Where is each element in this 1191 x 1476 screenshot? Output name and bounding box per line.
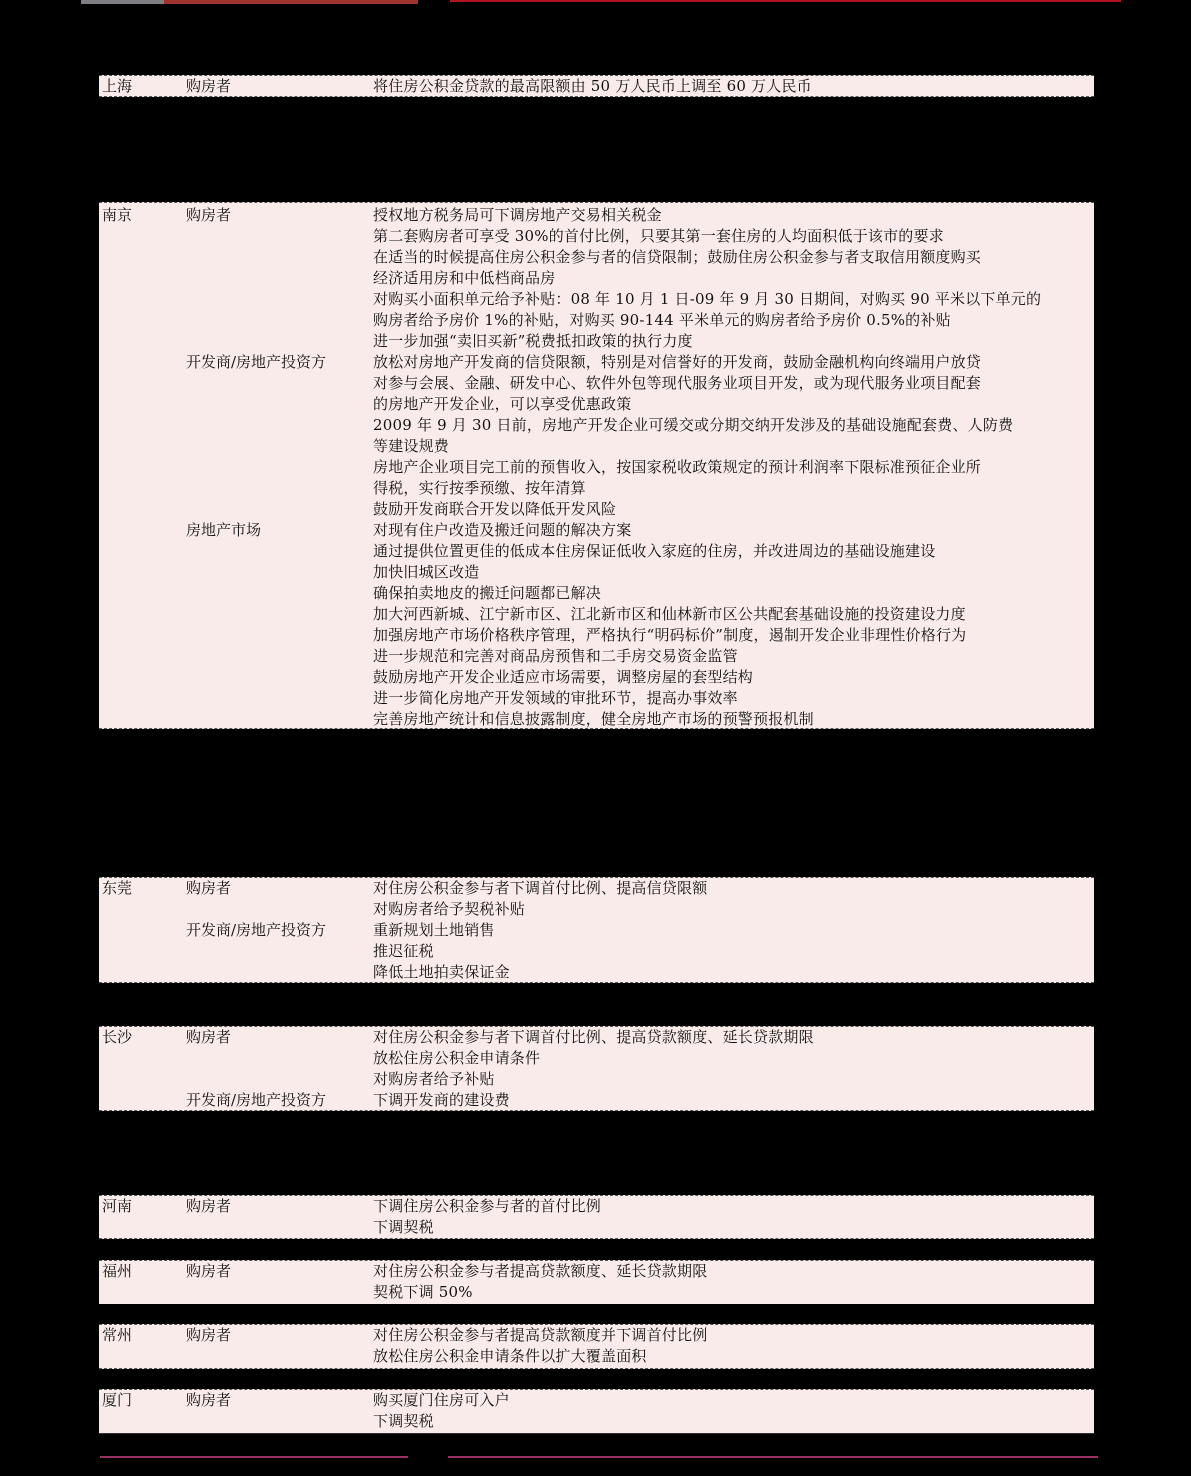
header-gray-bar [81, 0, 164, 4]
measure-text: 得税，实行按季预缴、按年清算 [373, 478, 586, 499]
party-label: 购房者 [186, 205, 231, 226]
city-label: 上海 [102, 76, 132, 97]
table-row: 对购房者给予补贴 [99, 1069, 1094, 1090]
party-label: 购房者 [186, 1196, 231, 1217]
measure-text: 2009 年 9 月 30 日前，房地产开发企业可缓交或分期交纳开发涉及的基础设… [373, 415, 1013, 436]
table-row: 购房者给予房价 1%的补贴，对购买 90-144 平米单元的购房者给予房价 0.… [99, 310, 1094, 331]
table-row: 2009 年 9 月 30 日前，房地产开发企业可缓交或分期交纳开发涉及的基础设… [99, 415, 1094, 436]
measure-text: 下调住房公积金参与者的首付比例 [373, 1196, 601, 1217]
city-label: 常州 [102, 1325, 132, 1346]
table-row: 开发商/房地产投资方 放松对房地产开发商的信贷限额，特别是对信誉好的开发商，鼓励… [99, 352, 1094, 373]
table-row: 推迟征税 [99, 941, 1094, 962]
measure-text: 鼓励房地产开发企业适应市场需要，调整房屋的套型结构 [373, 667, 753, 688]
party-label: 购房者 [186, 1325, 231, 1346]
measure-text: 推迟征税 [373, 941, 434, 962]
party-label: 开发商/房地产投资方 [186, 920, 326, 941]
measure-text: 对购房者给予补贴 [373, 1069, 495, 1090]
measure-text: 对购买小面积单元给予补贴：08 年 10 月 1 日-09 年 9 月 30 日… [373, 289, 1041, 310]
table-row: 开发商/房地产投资方 下调开发商的建设费 [99, 1090, 1094, 1111]
party-label: 房地产市场 [186, 520, 261, 541]
measure-text: 放松住房公积金申请条件 [373, 1048, 540, 1069]
measure-text: 对住房公积金参与者下调首付比例、提高信贷限额 [373, 878, 707, 899]
measure-text: 对住房公积金参与者提高贷款额度并下调首付比例 [373, 1325, 707, 1346]
measure-text: 下调契税 [373, 1217, 434, 1238]
measure-text: 在适当的时候提高住房公积金参与者的信贷限制；鼓励住房公积金参与者支取信用额度购买 [373, 247, 981, 268]
table-row: 放松住房公积金申请条件以扩大覆盖面积 [99, 1346, 1094, 1367]
party-label: 购房者 [186, 1261, 231, 1282]
city-label: 东莞 [102, 878, 132, 899]
measure-text: 降低土地拍卖保证金 [373, 962, 510, 983]
party-label: 开发商/房地产投资方 [186, 1090, 326, 1111]
table-row: 第二套购房者可享受 30%的首付比例，只要其第一套住房的人均面积低于该市的要求 [99, 226, 1094, 247]
table-row: 上海 购房者 将住房公积金贷款的最高限额由 50 万人民币上调至 60 万人民币 [99, 76, 1094, 97]
table-row: 等建设规费 [99, 436, 1094, 457]
city-label: 福州 [102, 1261, 132, 1282]
measure-text: 加快旧城区改造 [373, 562, 479, 583]
table-row: 确保拍卖地皮的搬迁问题都已解决 [99, 583, 1094, 604]
table-row: 东莞 购房者 对住房公积金参与者下调首付比例、提高信贷限额 [99, 878, 1094, 899]
table-row: 加快旧城区改造 [99, 562, 1094, 583]
measure-text: 对现有住户改造及搬迁问题的解决方案 [373, 520, 631, 541]
table-row: 常州 购房者 对住房公积金参与者提高贷款额度并下调首付比例 [99, 1325, 1094, 1346]
table-row: 河南 购房者 下调住房公积金参与者的首付比例 [99, 1196, 1094, 1217]
table-row: 下调契税 [99, 1217, 1094, 1238]
header-red-bar [164, 0, 418, 4]
table-row: 鼓励开发商联合开发以降低开发风险 [99, 499, 1094, 520]
measure-text: 加大河西新城、江宁新市区、江北新市区和仙林新市区公共配套基础设施的投资建设力度 [373, 604, 966, 625]
table-row: 长沙 购房者 对住房公积金参与者下调首付比例、提高贷款额度、延长贷款期限 [99, 1027, 1094, 1048]
table-row: 完善房地产统计和信息披露制度，健全房地产市场的预警预报机制 [99, 709, 1094, 730]
policy-block-shanghai: 上海 购房者 将住房公积金贷款的最高限额由 50 万人民币上调至 60 万人民币 [99, 75, 1094, 97]
table-row: 的房地产开发企业，可以享受优惠政策 [99, 394, 1094, 415]
measure-text: 购买厦门住房可入户 [373, 1390, 510, 1411]
table-row: 通过提供位置更佳的低成本住房保证低收入家庭的住房，并改进周边的基础设施建设 [99, 541, 1094, 562]
measure-text: 确保拍卖地皮的搬迁问题都已解决 [373, 583, 601, 604]
measure-text: 对参与会展、金融、研发中心、软件外包等现代服务业项目开发，或为现代服务业项目配套 [373, 373, 981, 394]
measure-text: 对住房公积金参与者下调首付比例、提高贷款额度、延长贷款期限 [373, 1027, 814, 1048]
table-row: 进一步简化房地产开发领域的审批环节，提高办事效率 [99, 688, 1094, 709]
table-row: 加强房地产市场价格秩序管理，严格执行“明码标价”制度，遏制开发企业非理性价格行为 [99, 625, 1094, 646]
table-row: 房地产企业项目完工前的预售收入，按国家税收政策规定的预计利润率下限标准预征企业所 [99, 457, 1094, 478]
measure-text: 下调契税 [373, 1411, 434, 1432]
table-row: 加大河西新城、江宁新市区、江北新市区和仙林新市区公共配套基础设施的投资建设力度 [99, 604, 1094, 625]
policy-block-xiamen: 厦门 购房者 购买厦门住房可入户 下调契税 [99, 1389, 1094, 1434]
measure-text: 进一步规范和完善对商品房预售和二手房交易资金监管 [373, 646, 738, 667]
measure-text: 对住房公积金参与者提高贷款额度、延长贷款期限 [373, 1261, 707, 1282]
policy-block-changsha: 长沙 购房者 对住房公积金参与者下调首付比例、提高贷款额度、延长贷款期限 放松住… [99, 1026, 1094, 1111]
table-row: 在适当的时候提高住房公积金参与者的信贷限制；鼓励住房公积金参与者支取信用额度购买 [99, 247, 1094, 268]
measure-text: 下调开发商的建设费 [373, 1090, 510, 1111]
table-row: 福州 购房者 对住房公积金参与者提高贷款额度、延长贷款期限 [99, 1261, 1094, 1282]
table-row: 房地产市场 对现有住户改造及搬迁问题的解决方案 [99, 520, 1094, 541]
city-label: 厦门 [102, 1390, 132, 1411]
party-label: 购房者 [186, 1390, 231, 1411]
table-row: 进一步规范和完善对商品房预售和二手房交易资金监管 [99, 646, 1094, 667]
table-row: 降低土地拍卖保证金 [99, 962, 1094, 983]
table-row: 进一步加强“卖旧买新”税费抵扣政策的执行力度 [99, 331, 1094, 352]
table-row: 开发商/房地产投资方 重新规划土地销售 [99, 920, 1094, 941]
footer-line-left [100, 1456, 408, 1458]
party-label: 开发商/房地产投资方 [186, 352, 326, 373]
measure-text: 通过提供位置更佳的低成本住房保证低收入家庭的住房，并改进周边的基础设施建设 [373, 541, 935, 562]
measure-text: 放松对房地产开发商的信贷限额，特别是对信誉好的开发商，鼓励金融机构向终端用户放贷 [373, 352, 981, 373]
measure-text: 完善房地产统计和信息披露制度，健全房地产市场的预警预报机制 [373, 709, 814, 730]
measure-text: 鼓励开发商联合开发以降低开发风险 [373, 499, 616, 520]
table-row: 对购买小面积单元给予补贴：08 年 10 月 1 日-09 年 9 月 30 日… [99, 289, 1094, 310]
policy-block-fuzhou: 福州 购房者 对住房公积金参与者提高贷款额度、延长贷款期限 契税下调 50% [99, 1260, 1094, 1304]
measure-text: 房地产企业项目完工前的预售收入，按国家税收政策规定的预计利润率下限标准预征企业所 [373, 457, 981, 478]
measure-text: 契税下调 50% [373, 1282, 473, 1303]
measure-text: 进一步加强“卖旧买新”税费抵扣政策的执行力度 [373, 331, 693, 352]
measure-text: 经济适用房和中低档商品房 [373, 268, 555, 289]
measure-text: 放松住房公积金申请条件以扩大覆盖面积 [373, 1346, 647, 1367]
measure-text: 将住房公积金贷款的最高限额由 50 万人民币上调至 60 万人民币 [373, 76, 812, 97]
party-label: 购房者 [186, 1027, 231, 1048]
table-row: 南京 购房者 授权地方税务局可下调房地产交易相关税金 [99, 205, 1094, 226]
measure-text: 重新规划土地销售 [373, 920, 495, 941]
measure-text: 第二套购房者可享受 30%的首付比例，只要其第一套住房的人均面积低于该市的要求 [373, 226, 944, 247]
table-row: 鼓励房地产开发企业适应市场需要，调整房屋的套型结构 [99, 667, 1094, 688]
policy-block-henan: 河南 购房者 下调住房公积金参与者的首付比例 下调契税 [99, 1195, 1094, 1239]
measure-text: 的房地产开发企业，可以享受优惠政策 [373, 394, 631, 415]
measure-text: 对购房者给予契税补贴 [373, 899, 525, 920]
policy-block-dongguan: 东莞 购房者 对住房公积金参与者下调首付比例、提高信贷限额 对购房者给予契税补贴… [99, 877, 1094, 983]
city-label: 河南 [102, 1196, 132, 1217]
measure-text: 加强房地产市场价格秩序管理，严格执行“明码标价”制度，遏制开发企业非理性价格行为 [373, 625, 966, 646]
table-row: 契税下调 50% [99, 1282, 1094, 1303]
table-row: 得税，实行按季预缴、按年清算 [99, 478, 1094, 499]
measure-text: 进一步简化房地产开发领域的审批环节，提高办事效率 [373, 688, 738, 709]
table-row: 对参与会展、金融、研发中心、软件外包等现代服务业项目开发，或为现代服务业项目配套 [99, 373, 1094, 394]
policy-block-changzhou: 常州 购房者 对住房公积金参与者提高贷款额度并下调首付比例 放松住房公积金申请条… [99, 1324, 1094, 1369]
footer-line-right [448, 1456, 1098, 1458]
header-red-line [450, 0, 1121, 2]
table-row: 对购房者给予契税补贴 [99, 899, 1094, 920]
measure-text: 等建设规费 [373, 436, 449, 457]
table-row: 经济适用房和中低档商品房 [99, 268, 1094, 289]
table-row: 下调契税 [99, 1411, 1094, 1432]
party-label: 购房者 [186, 878, 231, 899]
policy-block-nanjing: 南京 购房者 授权地方税务局可下调房地产交易相关税金 第二套购房者可享受 30%… [99, 202, 1094, 729]
city-label: 南京 [102, 205, 132, 226]
measure-text: 购房者给予房价 1%的补贴，对购买 90-144 平米单元的购房者给予房价 0.… [373, 310, 951, 331]
party-label: 购房者 [186, 76, 231, 97]
table-row: 厦门 购房者 购买厦门住房可入户 [99, 1390, 1094, 1411]
city-label: 长沙 [102, 1027, 132, 1048]
measure-text: 授权地方税务局可下调房地产交易相关税金 [373, 205, 662, 226]
table-row: 放松住房公积金申请条件 [99, 1048, 1094, 1069]
